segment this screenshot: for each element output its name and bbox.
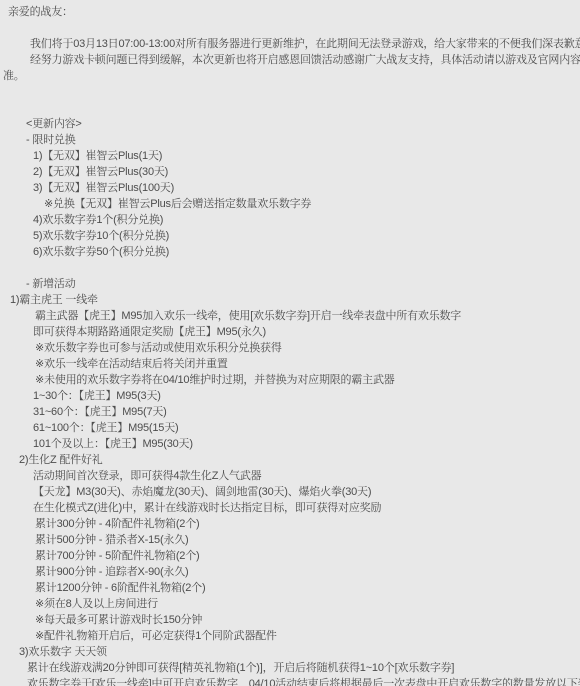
notice-line: ※配件礼物箱开启后，可必定获得1个同阶武器配件 (0, 628, 580, 644)
notice-line: - 新增活动 (0, 276, 580, 292)
notice-line: 1)霸主虎王 一线牵 (0, 292, 580, 308)
notice-line: 101个及以上：【虎王】M95(30天) (0, 436, 580, 452)
notice-line: 6)欢乐数字券50个(积分兑换) (0, 244, 580, 260)
update-notice-document: 亲爱的战友：我们将于03月13日07:00-13:00对所有服务器进行更新维护，… (0, 0, 580, 686)
notice-line: ※每天最多可累计游戏时长150分钟 (0, 612, 580, 628)
notice-line: ※欢乐一线牵在活动结束后将关闭并重置 (0, 356, 580, 372)
notice-line: 准。 (0, 68, 580, 84)
notice-line: 1)【无双】崔智云Plus(1天) (0, 148, 580, 164)
notice-line: 3)【无双】崔智云Plus(100天) (0, 180, 580, 196)
notice-line: 在生化模式Z(进化)中，累计在线游戏时长达指定目标，即可获得对应奖励 (0, 500, 580, 516)
notice-line: 欢乐数字券于[欢乐一线牵]中可开启欢乐数字，04/10活动结束后将根据最后一次表… (0, 676, 580, 686)
notice-line: <更新内容> (0, 116, 580, 132)
notice-line: 61~100个：【虎王】M95(15天) (0, 420, 580, 436)
notice-line: 累计300分钟 - 4阶配件礼物箱(2个) (0, 516, 580, 532)
notice-line: 活动期间首次登录，即可获得4款生化Z人气武器 (0, 468, 580, 484)
notice-line: 累计1200分钟 - 6阶配件礼物箱(2个) (0, 580, 580, 596)
notice-line: ※欢乐数字券也可参与活动或使用欢乐积分兑换获得 (0, 340, 580, 356)
notice-line: 即可获得本期路路通限定奖励【虎王】M95(永久) (0, 324, 580, 340)
notice-line: 经努力游戏卡顿问题已得到缓解，本次更新也将开启感恩回馈活动感谢广大战友支持，具体… (0, 52, 580, 68)
notice-line: ※兑换【无双】崔智云Plus后会赠送指定数量欢乐数字券 (0, 196, 580, 212)
notice-line: 2)生化Z 配件好礼 (0, 452, 580, 468)
notice-text-body: 亲爱的战友：我们将于03月13日07:00-13:00对所有服务器进行更新维护，… (0, 4, 580, 686)
notice-line: 累计500分钟 - 猎杀者X-15(永久) (0, 532, 580, 548)
blank-line (0, 20, 580, 36)
notice-line: 4)欢乐数字券1个(积分兑换) (0, 212, 580, 228)
notice-line: 3)欢乐数字 天天领 (0, 644, 580, 660)
notice-line: 累计在线游戏满20分钟即可获得[精英礼物箱(1个)]，开启后将随机获得1~10个… (0, 660, 580, 676)
notice-line: 31~60个：【虎王】M95(7天) (0, 404, 580, 420)
blank-line (0, 100, 580, 116)
notice-line: 霸主武器【虎王】M95加入欢乐一线牵，使用[欢乐数字券]开启一线牵表盘中所有欢乐… (0, 308, 580, 324)
notice-line: 5)欢乐数字券10个(积分兑换) (0, 228, 580, 244)
notice-line: 累计900分钟 - 追踪者X-90(永久) (0, 564, 580, 580)
notice-line: ※须在8人及以上房间进行 (0, 596, 580, 612)
notice-line: 2)【无双】崔智云Plus(30天) (0, 164, 580, 180)
notice-line: 累计700分钟 - 5阶配件礼物箱(2个) (0, 548, 580, 564)
notice-line: ※未使用的欢乐数字券将在04/10维护时过期，并替换为对应期限的霸主武器 (0, 372, 580, 388)
notice-line: 【天龙】M3(30天)、赤焰魔龙(30天)、阔剑地雷(30天)、爆焰火拳(30天… (0, 484, 580, 500)
notice-line: 我们将于03月13日07:00-13:00对所有服务器进行更新维护，在此期间无法… (0, 36, 580, 52)
notice-line: - 限时兑换 (0, 132, 580, 148)
notice-line: 亲爱的战友： (0, 4, 580, 20)
notice-line: 1~30个：【虎王】M95(3天) (0, 388, 580, 404)
blank-line (0, 260, 580, 276)
blank-line (0, 84, 580, 100)
